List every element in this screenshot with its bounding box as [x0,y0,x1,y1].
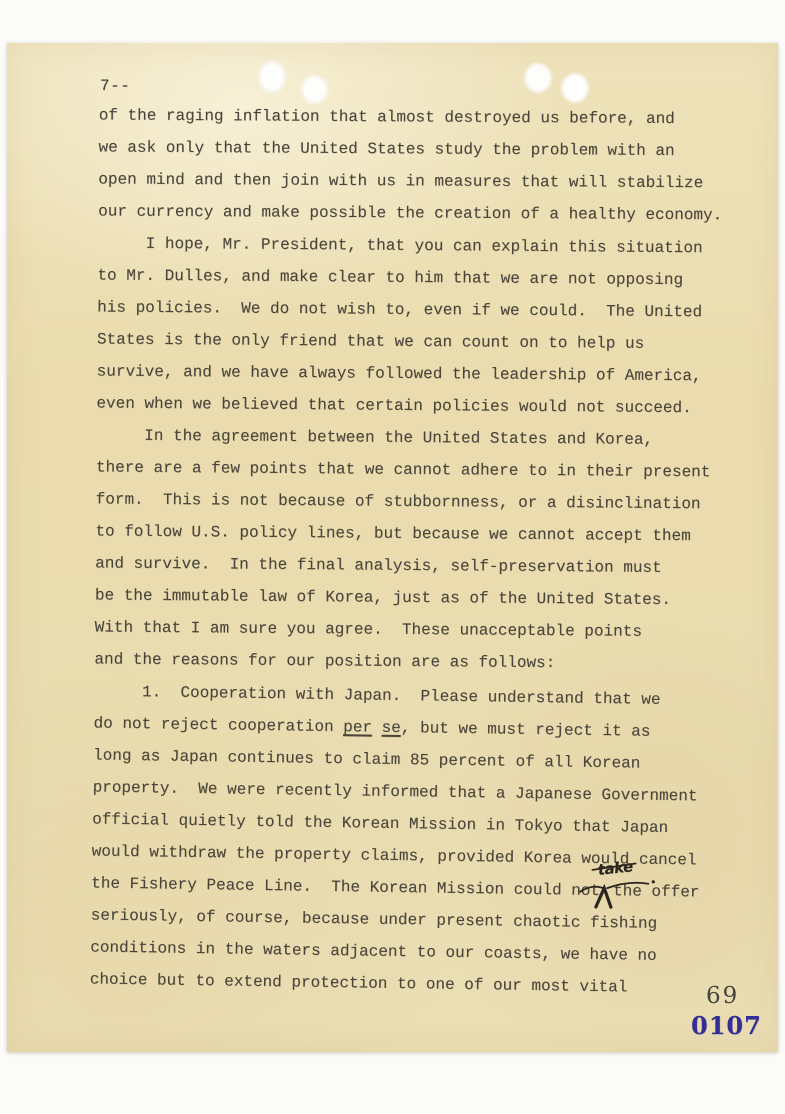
typed-line: be the immutable law of Korea, just as o… [95,579,735,616]
paragraph-3: In the agreement between the United Stat… [94,419,736,680]
typed-text-block: of the raging inflation that almost dest… [92,99,739,1000]
punch-hole [525,64,551,92]
typed-line: In the agreement between the United Stat… [96,419,736,456]
punch-hole [562,74,588,102]
pen-stroke [580,886,603,892]
punch-hole [302,76,327,103]
typed-line: form. This is not because of stubbornnes… [96,483,736,520]
insertion-caret [596,888,611,907]
typed-line: and the reasons for our position are as … [94,643,734,680]
handwritten-insertion: take [600,879,613,895]
line-segment [372,719,382,737]
pen-dot [652,880,655,883]
paragraph-1: of the raging inflation that almost dest… [98,99,739,231]
page-number: 7-- [100,77,130,95]
typed-line: there are a few points that we cannot ad… [96,451,736,488]
underlined-word: per [343,718,372,736]
line-segment: the Fishery Peace Line. The Korean Missi… [91,874,600,900]
typed-line: open mind and then join with us in measu… [98,163,738,199]
punch-hole [259,62,285,92]
paragraph-2: I hope, Mr. President, that you can expl… [96,227,737,424]
paragraph-4: 1. Cooperation with Japan. Please unders… [90,675,735,1004]
typed-line: survive, and we have always followed the… [97,355,737,392]
pen-stroke [607,882,648,888]
insertion-marks: take [574,848,667,913]
archive-code-stamp: 0107 [691,1011,762,1040]
typed-line: States is the only friend that we can co… [97,323,737,360]
typed-line: of the raging inflation that almost dest… [99,99,739,135]
typed-line: his policies. We do not wish to, even if… [97,291,737,328]
document-page: 7-- of the raging inflation that almost … [7,43,778,1052]
handwritten-word: take [597,857,634,879]
typed-line: our currency and make possible the creat… [98,195,738,231]
typed-line: we ask only that the United States study… [98,131,738,167]
typed-line: even when we believed that certain polic… [96,387,736,424]
underlined-word: se [381,719,400,737]
typed-line: With that I am sure you agree. These una… [95,611,735,648]
line-segment: , but we must reject it as [401,719,651,741]
typed-line: to Mr. Dulles, and make clear to him tha… [97,259,737,296]
typed-line: to follow U.S. policy lines, but because… [95,515,735,552]
line-segment: do not reject cooperation [93,714,343,736]
typed-line: I hope, Mr. President, that you can expl… [98,227,738,264]
archive-number-stamp: 69 [706,983,739,1009]
typed-line: and survive. In the final analysis, self… [95,547,735,584]
